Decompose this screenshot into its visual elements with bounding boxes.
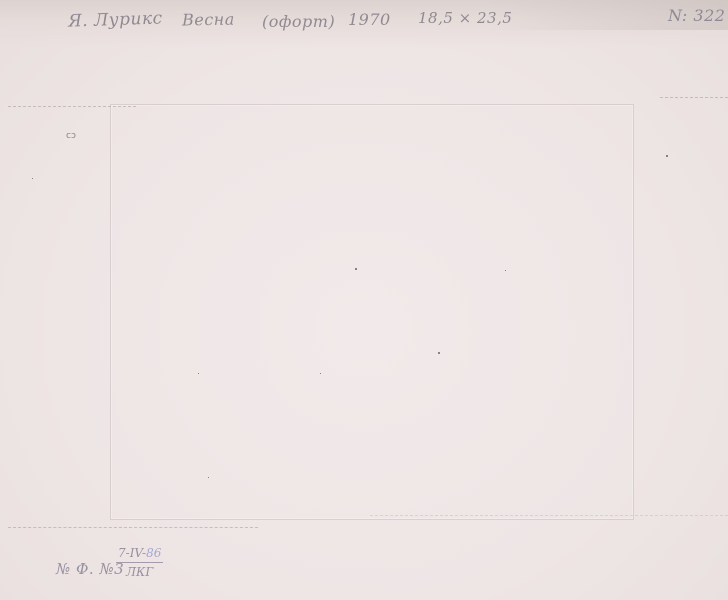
crease-line <box>660 97 728 98</box>
author-annotation: Я. Лурикс <box>68 8 163 31</box>
title-annotation: Весна <box>182 10 235 30</box>
paper-speck <box>198 373 199 374</box>
registration-date: 7-IV-86 <box>116 546 163 563</box>
paper-speck <box>320 373 321 374</box>
crease-line <box>8 527 258 528</box>
crease-line <box>8 106 136 107</box>
ledger-reference: № Ф. №3 <box>56 560 124 578</box>
paper-speck <box>505 270 506 271</box>
crease-line <box>370 515 728 516</box>
registration-stamp: 7-IV-86 ЛКГ <box>116 546 163 579</box>
registrar-initials: ЛКГ <box>116 563 163 579</box>
technique-annotation: (офорт) <box>262 12 335 31</box>
small-pencil-mark: cɔ <box>66 131 76 141</box>
paper-speck <box>438 352 440 354</box>
paper-speck <box>355 268 357 270</box>
year-annotation: 1970 <box>348 10 391 29</box>
dimensions-annotation: 18,5 × 23,5 <box>418 9 512 27</box>
paper-speck <box>666 155 668 157</box>
paper-speck <box>32 178 33 179</box>
paper-speck <box>208 477 209 478</box>
inventory-number: N: 322 <box>668 6 725 25</box>
etching-plate-mark <box>110 104 634 520</box>
registration-year: 86 <box>146 546 161 560</box>
